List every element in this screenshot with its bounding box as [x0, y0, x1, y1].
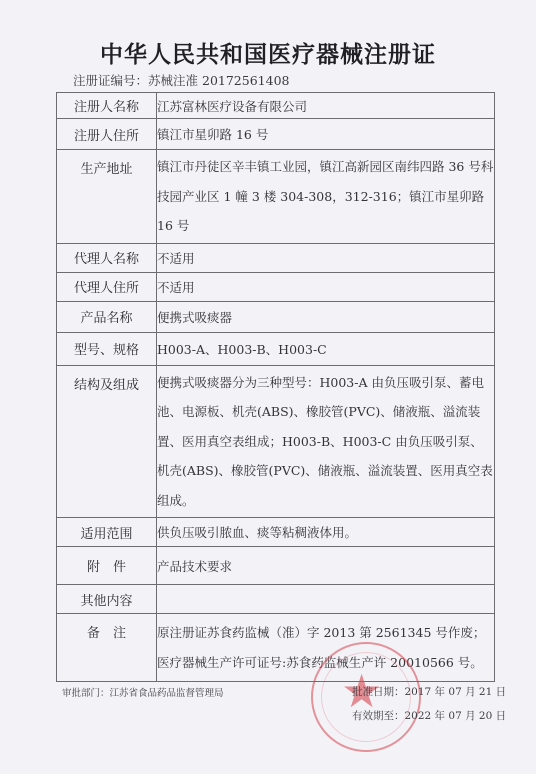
- table-row: 适用范围 供负压吸引脓血、痰等粘稠液体用。: [57, 518, 495, 547]
- certificate-title: 中华人民共和国医疗器械注册证: [0, 36, 536, 69]
- row-label: 结构及组成: [57, 365, 157, 518]
- row-label: 产品名称: [57, 301, 157, 332]
- row-label: 其他内容: [57, 585, 157, 614]
- row-value: 便携式吸痰器分为三种型号：H003-A 由负压吸引泵、蓄电池、电源板、机壳(AB…: [157, 365, 495, 518]
- row-label: 生产地址: [57, 150, 157, 244]
- row-label: 代理人名称: [57, 243, 157, 272]
- row-label: 注册人住所: [57, 119, 157, 150]
- certificate-table: 注册人名称 江苏富林医疗设备有限公司 注册人住所 镇江市星卯路 16 号 生产地…: [56, 92, 495, 682]
- table-row: 其他内容: [57, 585, 495, 614]
- row-value: 镇江市丹徒区辛丰镇工业园，镇江高新园区南纬四路 36 号科技园产业区 1 幢 3…: [157, 150, 495, 244]
- registration-number-label: 注册证编号：: [73, 73, 148, 88]
- row-value: 镇江市星卯路 16 号: [157, 119, 495, 150]
- table-row: 注册人名称 江苏富林医疗设备有限公司: [57, 93, 495, 119]
- row-label: 附 件: [57, 547, 157, 585]
- row-value: 不适用: [157, 243, 495, 272]
- row-label: 备 注: [57, 614, 157, 682]
- row-value: 不适用: [157, 272, 495, 301]
- row-value: 江苏富林医疗设备有限公司: [157, 93, 495, 119]
- row-label: 注册人名称: [57, 93, 157, 119]
- row-value: H003-A、H003-B、H003-C: [157, 332, 495, 365]
- row-value: 便携式吸痰器: [157, 301, 495, 332]
- table-row: 备 注 原注册证苏食药监械（准）字 2013 第 2561345 号作废；医疗器…: [57, 614, 495, 682]
- approval-date: 批准日期：2017 年 07 月 21 日: [352, 684, 506, 699]
- table-row: 代理人住所 不适用: [57, 272, 495, 301]
- row-label: 代理人住所: [57, 272, 157, 301]
- table-row: 结构及组成 便携式吸痰器分为三种型号：H003-A 由负压吸引泵、蓄电池、电源板…: [57, 365, 495, 518]
- approving-department: 审批部门：江苏省食品药品监督管理局: [62, 685, 224, 699]
- table-row: 注册人住所 镇江市星卯路 16 号: [57, 119, 495, 150]
- table-row: 产品名称 便携式吸痰器: [57, 301, 495, 332]
- registration-number-line: 注册证编号：苏械注准 20172561408: [73, 71, 289, 89]
- table-row: 附 件 产品技术要求: [57, 547, 495, 585]
- table-row: 型号、规格 H003-A、H003-B、H003-C: [57, 332, 495, 365]
- row-value: 产品技术要求: [157, 547, 495, 585]
- table-row: 代理人名称 不适用: [57, 243, 495, 272]
- row-value: [157, 585, 495, 614]
- registration-number: 苏械注准 20172561408: [148, 73, 289, 88]
- valid-until-date: 有效期至：2022 年 07 月 20 日: [352, 708, 506, 723]
- row-value: 供负压吸引脓血、痰等粘稠液体用。: [157, 518, 495, 547]
- table-row: 生产地址 镇江市丹徒区辛丰镇工业园，镇江高新园区南纬四路 36 号科技园产业区 …: [57, 150, 495, 244]
- row-label: 型号、规格: [57, 332, 157, 365]
- row-label: 适用范围: [57, 518, 157, 547]
